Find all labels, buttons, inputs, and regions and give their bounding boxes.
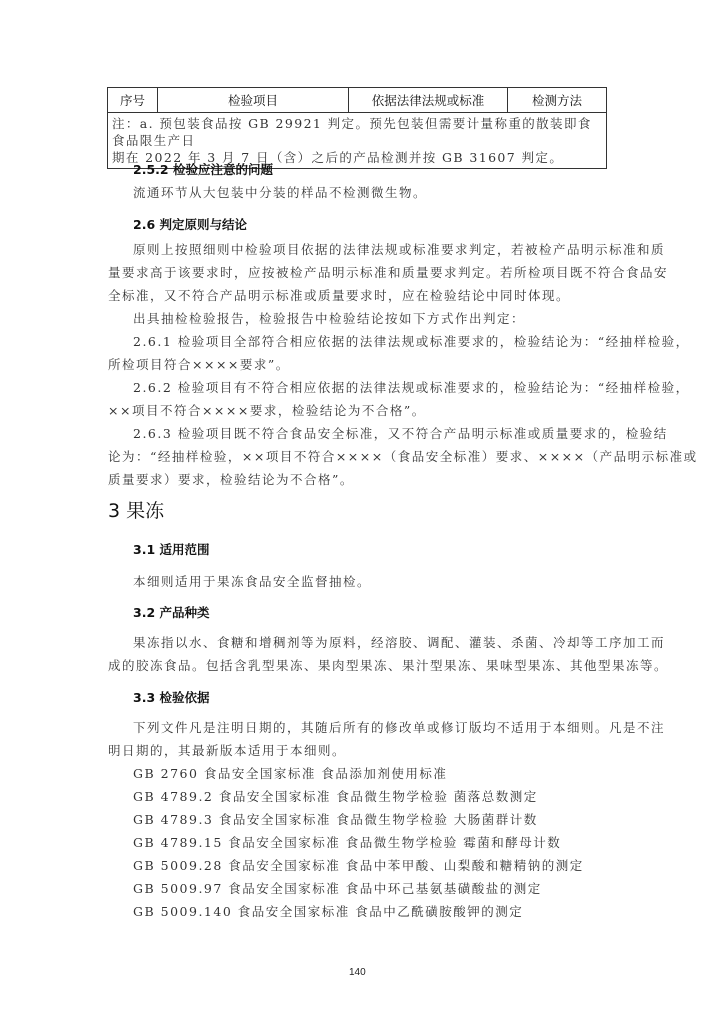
section-heading-3-1: 3.1 适用范围: [133, 540, 210, 558]
paragraph-line: 原则上按照细则中检验项目依据的法律法规或标准要求判定，若被检产品明示标准和质: [133, 240, 665, 258]
clause-2-6-1-line: 2.6.1 检验项目全部符合相应依据的法律法规或标准要求的，检验结论为：“经抽样…: [133, 332, 690, 350]
paragraph-line: 果冻指以水、食糖和增稠剂等为原料，经溶胶、调配、灌装、杀菌、冷却等工序加工而: [133, 633, 665, 651]
paragraph-line: 出具抽检检验报告，检验报告中检验结论按如下方式作出判定：: [133, 309, 525, 327]
clause-2-6-3-line: 论为：“经抽样检验，××项目不符合××××（食品安全标准）要求、××××（产品明…: [108, 447, 698, 465]
paragraph-line: 下列文件凡是注明日期的，其随后所有的修改单或修订版均不适用于本细则。凡是不注: [133, 718, 665, 736]
paragraph-line: 量要求高于该要求时，应按被检产品明示标准和质量要求判定。若所检项目既不符合食品安: [108, 263, 668, 281]
clause-2-6-3-line: 2.6.3 检验项目既不符合食品安全标准，又不符合产品明示标准或质量要求的，检验…: [133, 424, 668, 442]
clause-2-6-2-line: ××项目不符合××××要求，检验结论为不合格”。: [108, 401, 426, 419]
standard-reference: GB 4789.15 食品安全国家标准 食品微生物学检验 霉菌和酵母计数: [133, 833, 561, 851]
clause-2-6-3-line: 质量要求）要求，检验结论为不合格”。: [108, 470, 354, 488]
paragraph: 本细则适用于果冻食品安全监督抽检。: [133, 572, 371, 590]
inspection-table: 序号 检验项目 依据法律法规或标准 检测方法 注：a. 预包装食品按 GB 29…: [107, 87, 607, 169]
clause-2-6-1-line: 所检项目符合××××要求”。: [108, 355, 290, 373]
section-heading-3-3: 3.3 检验依据: [133, 688, 210, 706]
header-legal-basis: 依据法律法规或标准: [349, 88, 508, 113]
header-serial-number: 序号: [108, 88, 158, 113]
paragraph-line: 明日期的，其最新版本适用于本细则。: [108, 741, 346, 759]
page-number: 140: [349, 967, 366, 978]
standard-reference: GB 5009.140 食品安全国家标准 食品中乙酰磺胺酸钾的测定: [133, 902, 523, 920]
table-header-row: 序号 检验项目 依据法律法规或标准 检测方法: [108, 88, 607, 113]
chapter-heading-3: 3 果冻: [108, 496, 164, 523]
standard-reference: GB 5009.28 食品安全国家标准 食品中苯甲酸、山梨酸和糖精钠的测定: [133, 856, 584, 874]
standard-reference: GB 4789.2 食品安全国家标准 食品微生物学检验 菌落总数测定: [133, 787, 538, 805]
paragraph-line: 全标准，又不符合产品明示标准或质量要求时，应在检验结论中同时体现。: [108, 286, 570, 304]
clause-2-6-2-line: 2.6.2 检验项目有不符合相应依据的法律法规或标准要求的，检验结论为：“经抽样…: [133, 378, 690, 396]
section-heading-2-5-2: 2.5.2 检验应注意的问题: [133, 160, 273, 178]
section-heading-2-6: 2.6 判定原则与结论: [133, 215, 247, 233]
paragraph-line: 成的胶冻食品。包括含乳型果冻、果肉型果冻、果汁型果冻、果味型果冻、其他型果冻等。: [108, 656, 668, 674]
header-inspection-item: 检验项目: [158, 88, 349, 113]
section-heading-3-2: 3.2 产品种类: [133, 603, 210, 621]
standard-reference: GB 4789.3 食品安全国家标准 食品微生物学检验 大肠菌群计数: [133, 810, 538, 828]
standard-reference: GB 5009.97 食品安全国家标准 食品中环己基氨基磺酸盐的测定: [133, 879, 542, 897]
paragraph: 流通环节从大包装中分装的样品不检测微生物。: [133, 183, 427, 201]
table-note-line: 注：a. 预包装食品按 GB 29921 判定。预先包装但需要计量称重的散装即食…: [112, 115, 602, 149]
standard-reference: GB 2760 食品安全国家标准 食品添加剂使用标准: [133, 764, 447, 782]
header-test-method: 检测方法: [508, 88, 607, 113]
